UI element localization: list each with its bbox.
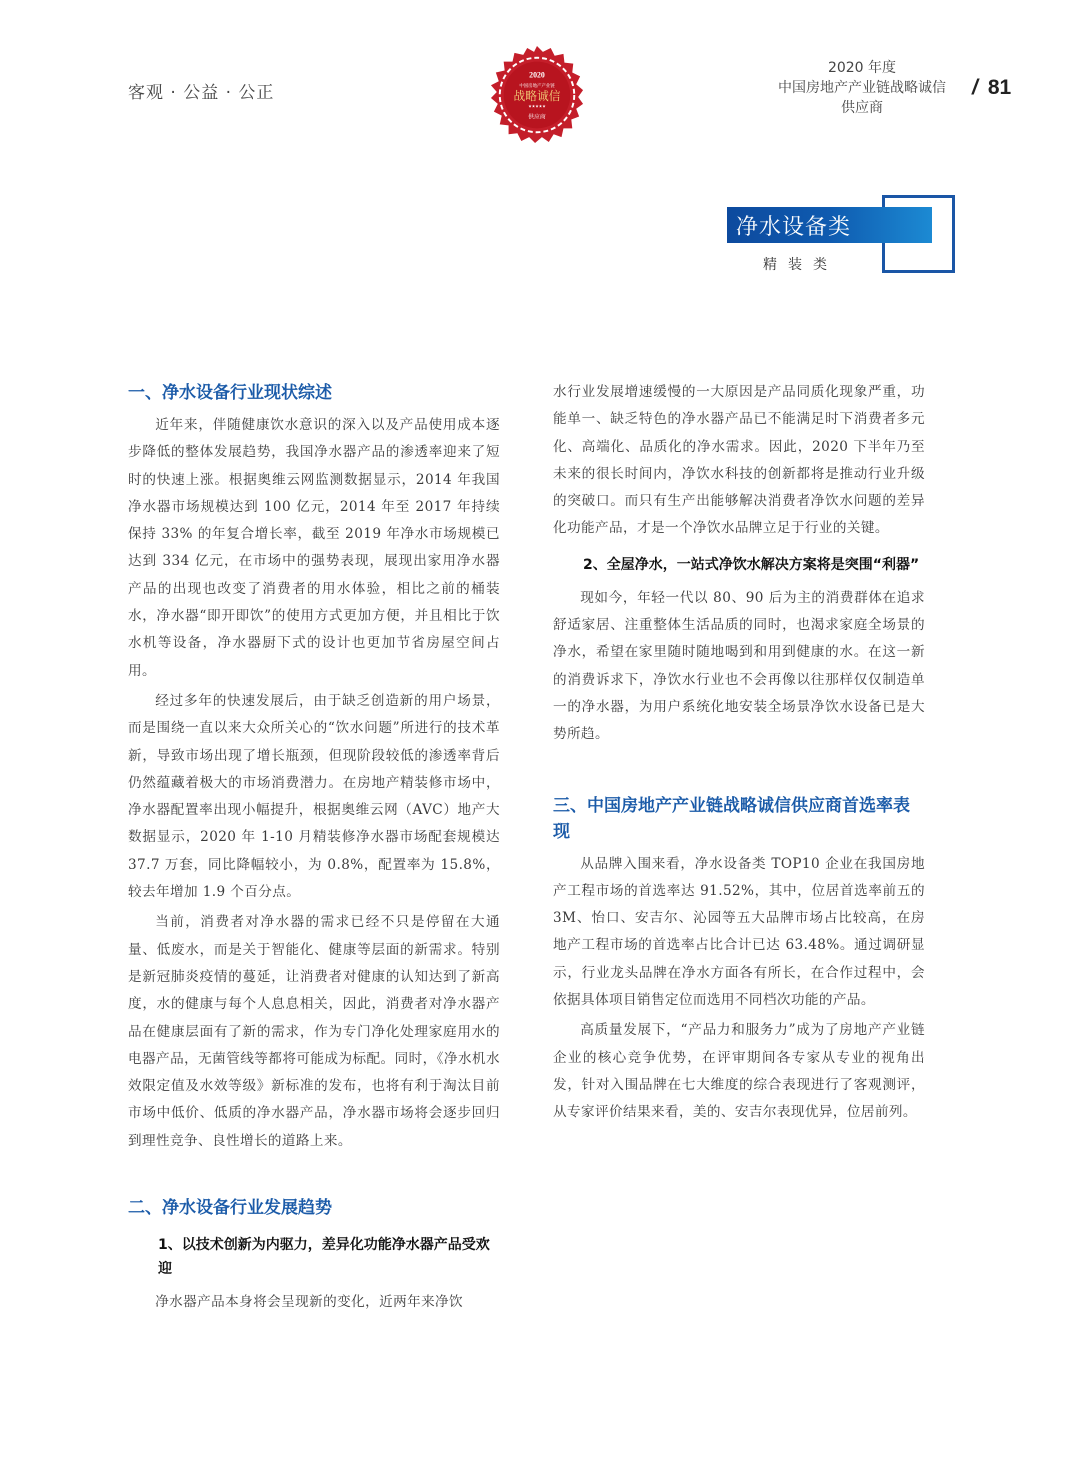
category-bracket-left-bottom (882, 243, 885, 270)
certification-seal-icon: 2020 中国房地产产业链 战略诚信 ★★★★★ 供应商 (488, 46, 586, 144)
report-title-line2: 供应商 (752, 98, 972, 118)
paragraph: 现如今，年轻一代以 80、90 后为主的消费群体在追求舒适家居、注重整体生活品质… (553, 585, 925, 749)
paragraph: 净水器产品本身将会呈现新的变化，近两年来净饮 (128, 1289, 500, 1316)
report-year: 2020 年度 (752, 58, 972, 78)
subsection2-title: 2、全屋净水，一站式净饮水解决方案将是突围“利器” (553, 553, 925, 577)
left-column: 一、净水设备行业现状综述 近年来，伴随健康饮水意识的深入以及产品使用成本逐步降低… (128, 380, 500, 1316)
paragraph: 当前，消费者对净水器的需求已经不只是停留在大通量、低废水，而是关于智能化、健康等… (128, 909, 500, 1155)
report-header: 2020 年度 中国房地产产业链战略诚信 供应商 (752, 58, 972, 118)
svg-text:战略诚信: 战略诚信 (514, 89, 561, 103)
paragraph: 水行业发展增速缓慢的一大原因是产品同质化现象严重，功能单一、缺乏特色的净水器产品… (553, 379, 925, 543)
category-subtitle: 精装类 (763, 254, 838, 274)
svg-text:2020: 2020 (529, 70, 545, 79)
paragraph: 从品牌入围来看，净水设备类 TOP10 企业在我国房地产工程市场的首选率达 91… (553, 851, 925, 1015)
paragraph: 高质量发展下，“产品力和服务力”成为了房地产产业链企业的核心竞争优势，在评审期间… (553, 1017, 925, 1126)
section2-title: 二、净水设备行业发展趋势 (128, 1195, 500, 1221)
paragraph: 经过多年的快速发展后，由于缺乏创造新的用户场景，而是围绕一直以来大众所关心的“饮… (128, 688, 500, 906)
right-column: 水行业发展增速缓慢的一大原因是产品同质化现象严重，功能单一、缺乏特色的净水器产品… (553, 380, 925, 1127)
section3-title: 三、中国房地产产业链战略诚信供应商首选率表现 (553, 793, 925, 845)
section1-title: 一、净水设备行业现状综述 (128, 380, 500, 406)
subsection1-title: 1、以技术创新为内驱力，差异化功能净水器产品受欢迎 (128, 1233, 500, 1281)
svg-text:供应商: 供应商 (528, 113, 546, 121)
paragraph: 近年来，伴随健康饮水意识的深入以及产品使用成本逐步降低的整体发展趋势，我国净水器… (128, 412, 500, 685)
page-number: /81 (972, 76, 1011, 100)
category-title: 净水设备类 (736, 210, 851, 241)
category-bracket-left-top (882, 195, 885, 207)
header-motto: 客观 · 公益 · 公正 (128, 78, 274, 103)
svg-text:★★★★★: ★★★★★ (528, 104, 546, 109)
report-title-line1: 中国房地产产业链战略诚信 (752, 78, 972, 98)
